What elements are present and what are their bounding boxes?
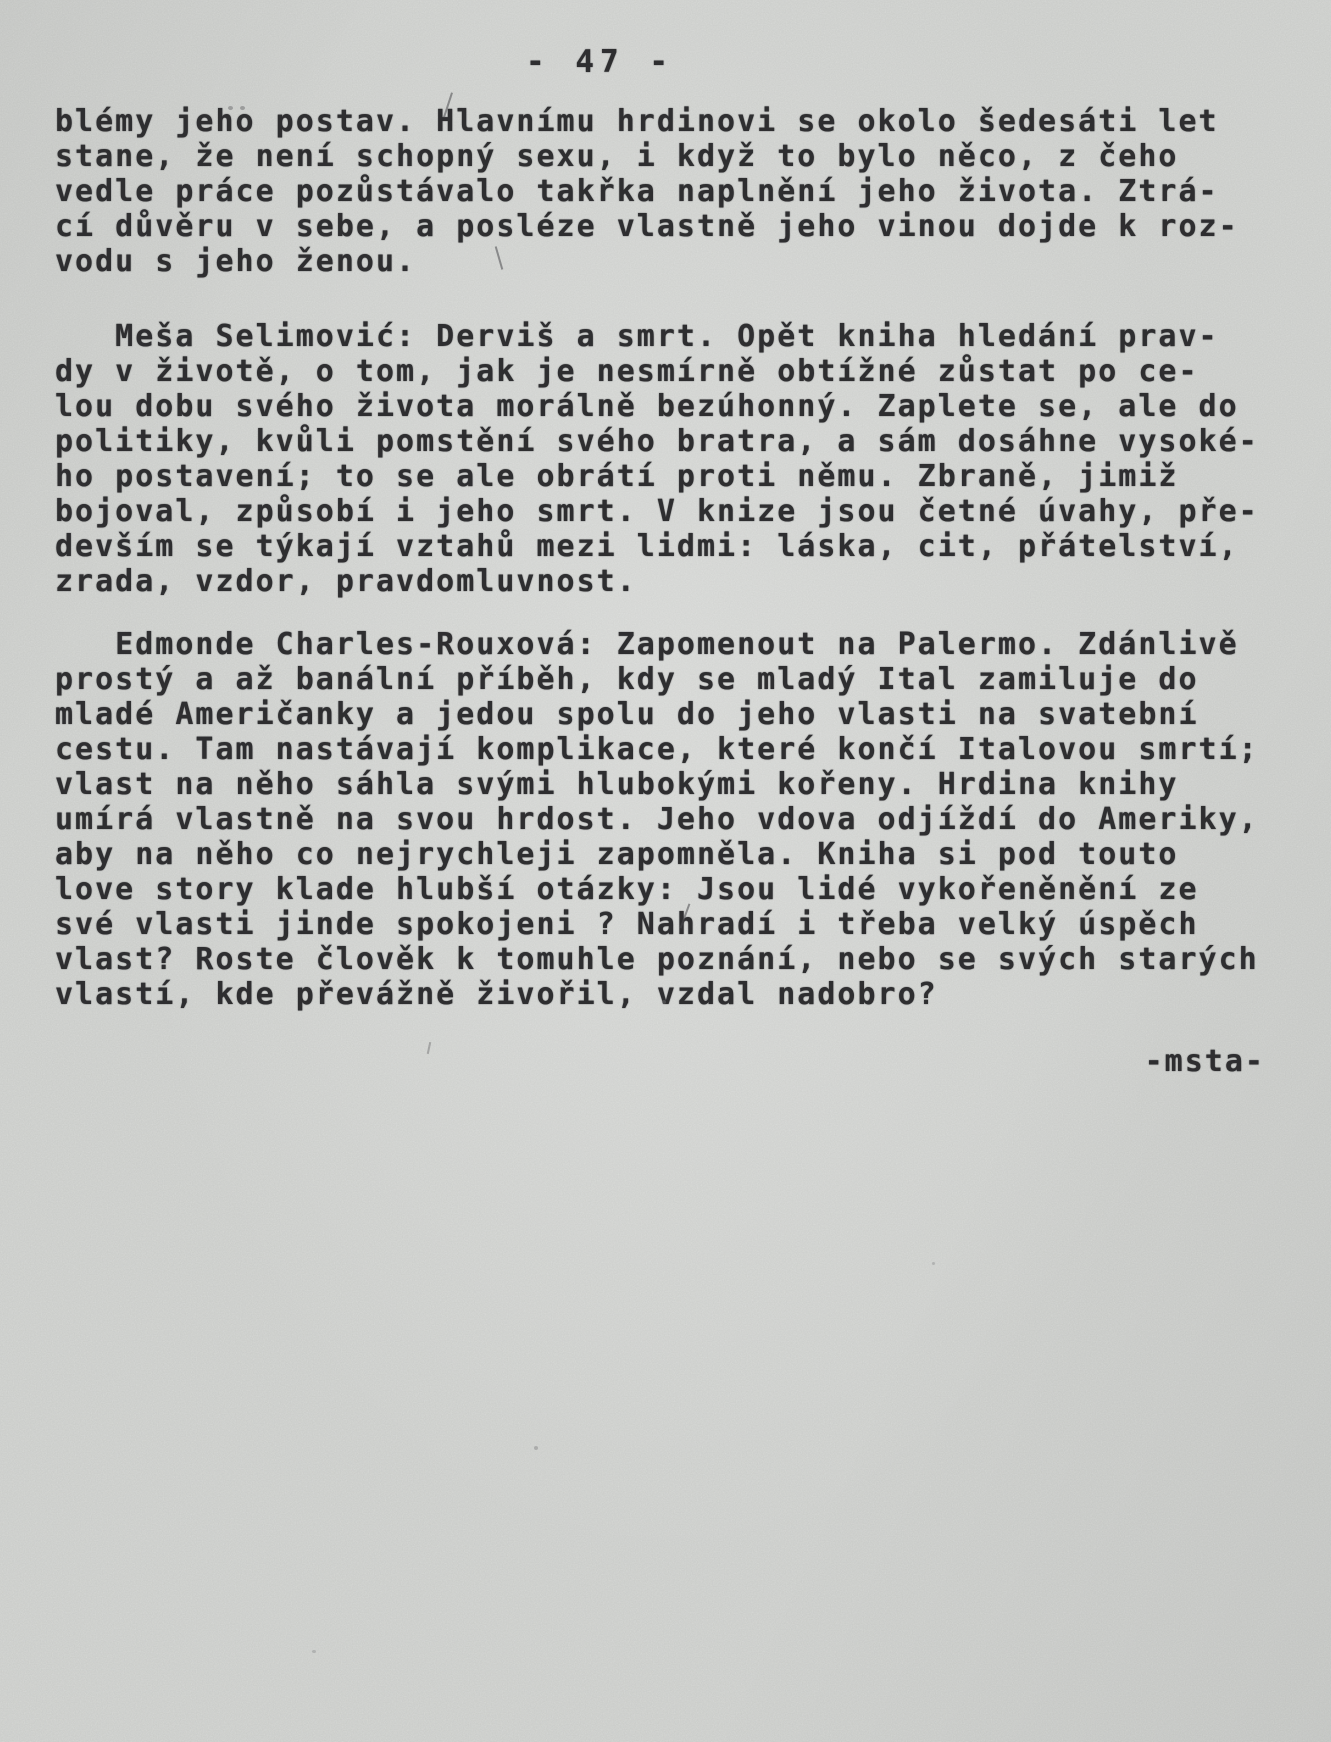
scan-speck [534,1446,538,1450]
page-body-text: blémy jeho postav. Hlavnímu hrdinovi se … [55,104,1317,1079]
author-signature: -msta- [55,1044,1317,1079]
scan-speck [932,1262,935,1265]
paragraph-continuation: blémy jeho postav. Hlavnímu hrdinovi se … [55,104,1317,279]
paragraph-selimovic-dervis-a-smrt: Meša Selimović: Derviš a smrt. Opět knih… [55,319,1317,599]
scan-speck [312,1650,316,1653]
paragraph-charles-roux-zapomenout-na-palermo: Edmonde Charles-Rouxová: Zapomenout na P… [55,627,1317,1012]
page-number: - 47 - [526,44,674,80]
